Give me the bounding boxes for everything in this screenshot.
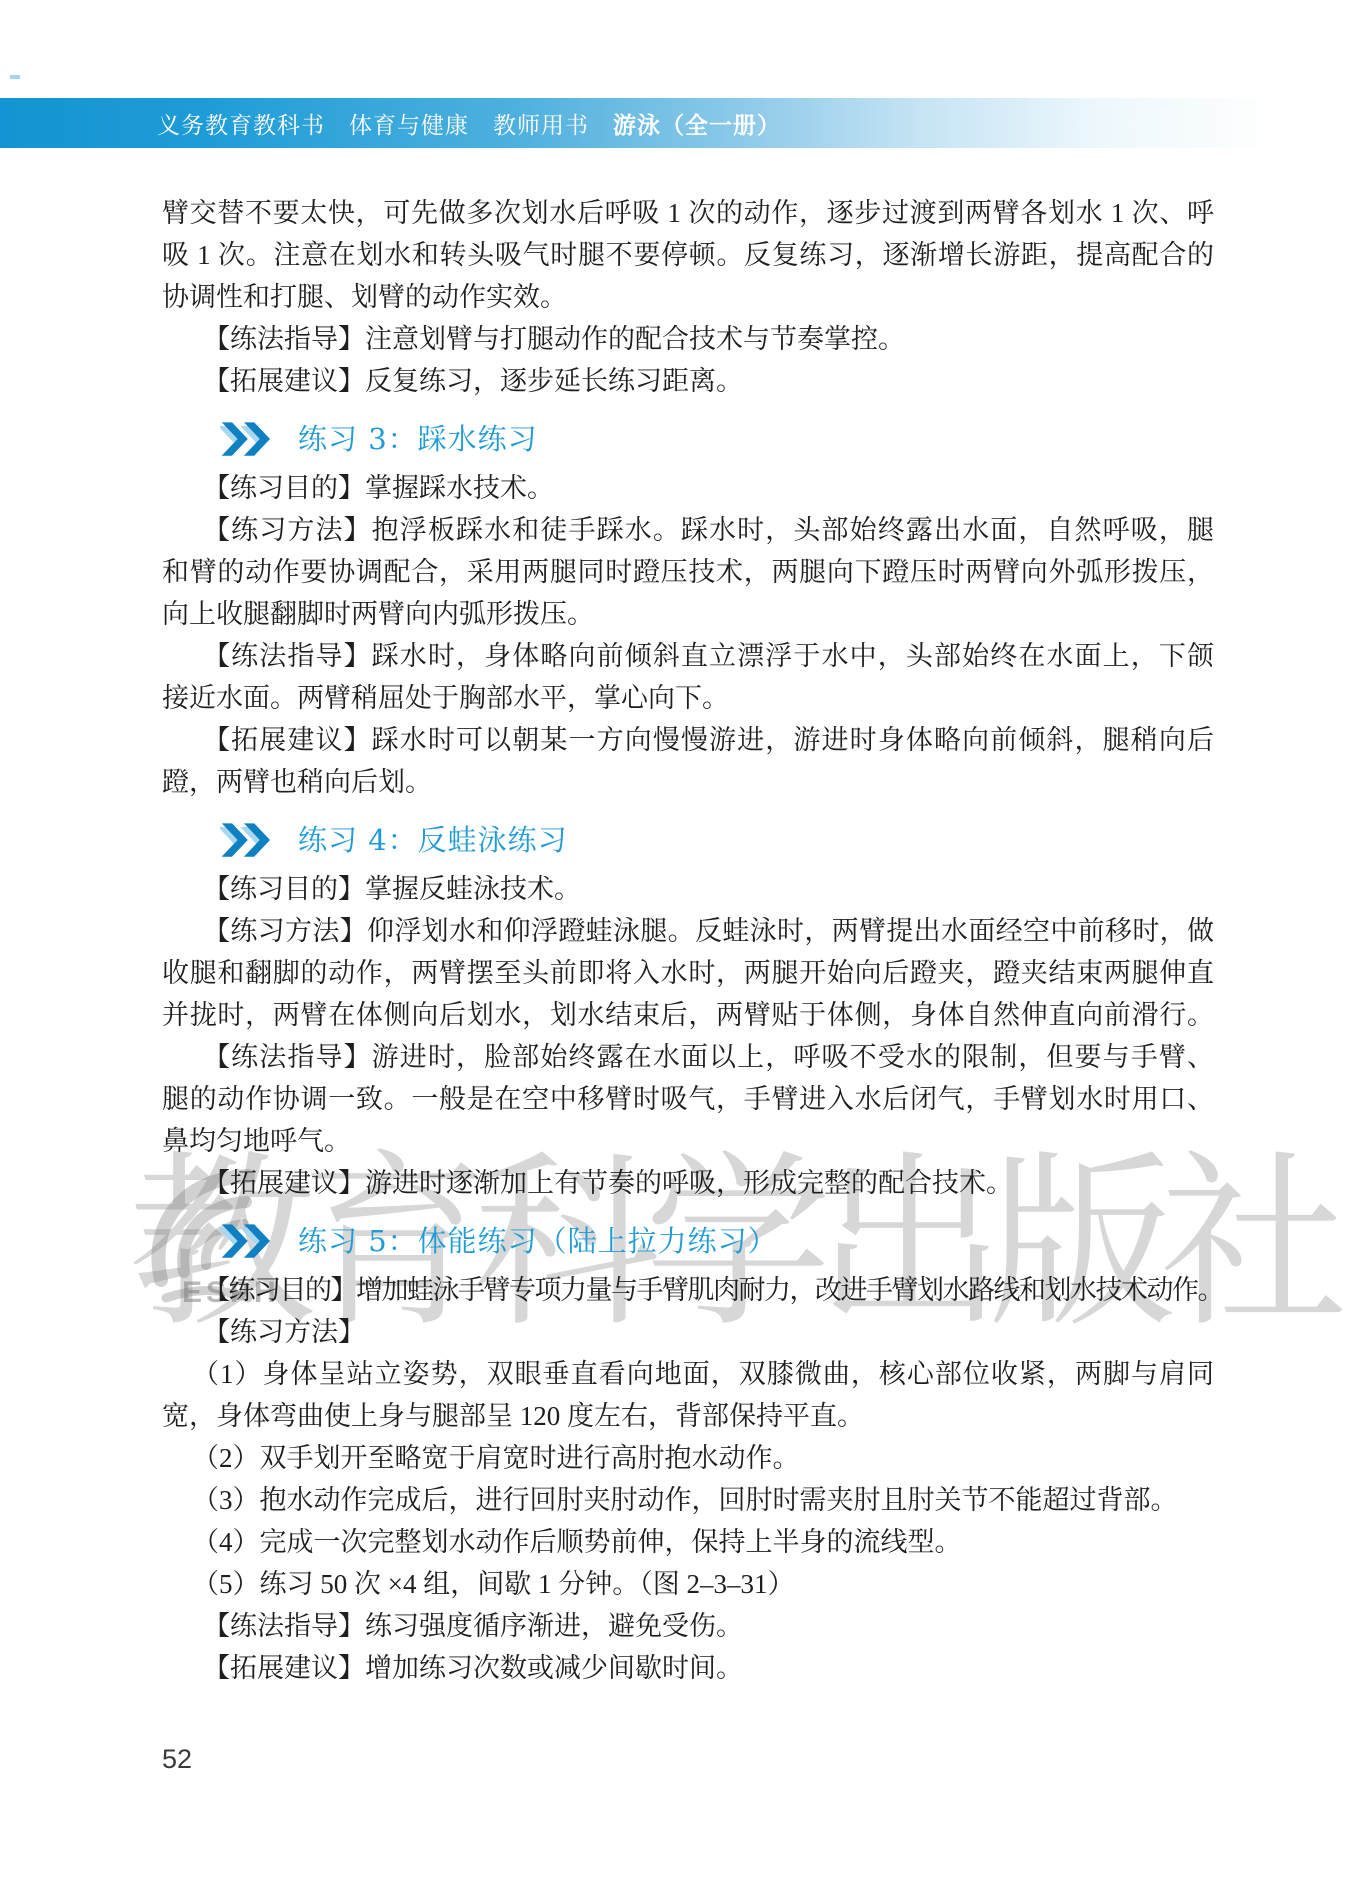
- exercise-heading: 练习 3：踩水练习: [162, 414, 1214, 464]
- exercise-heading-text: 练习 5：体能练习（陆上拉力练习）: [298, 1220, 778, 1262]
- text-line: 腿的动作协调一致。一般是在空中移臂时吸气，手臂进入水后闭气，手臂划水时用口、: [162, 1078, 1214, 1120]
- text-line: 【练法指导】踩水时，身体略向前倾斜直立漂浮于水中，头部始终在水面上，下颌: [162, 635, 1214, 677]
- text-line: 【练习目的】掌握反蛙泳技术。: [162, 868, 1214, 910]
- text-line: 【练习方法】: [162, 1311, 1214, 1353]
- text-line: 【拓展建议】游进时逐渐加上有节奏的呼吸，形成完整的配合技术。: [162, 1162, 1214, 1204]
- text-line: 【练习方法】仰浮划水和仰浮蹬蛙泳腿。反蛙泳时，两臂提出水面经空中前移时，做: [162, 910, 1214, 952]
- text-line: 向上收腿翻脚时两臂向内弧形拨压。: [162, 593, 1214, 635]
- text-line: 【练法指导】游进时，脸部始终露在水面以上，呼吸不受水的限制，但要与手臂、: [162, 1036, 1214, 1078]
- chevron-double-icon: [220, 422, 270, 456]
- page-number: 52: [162, 1744, 192, 1775]
- text-line: 收腿和翻脚的动作，两臂摆至头前即将入水时，两腿开始向后蹬夹，蹬夹结束两腿伸直: [162, 952, 1214, 994]
- text-line: （1）身体呈站立姿势，双眼垂直看向地面，双膝微曲，核心部位收紧，两脚与肩同: [162, 1353, 1214, 1395]
- text-line: 【练习目的】掌握踩水技术。: [162, 467, 1214, 509]
- header-book-title: 游泳（全一册）: [613, 107, 781, 140]
- header-series-title: 义务教育教科书 体育与健康 教师用书: [157, 107, 613, 140]
- chevron-double-icon: [220, 1224, 270, 1258]
- text-line: 和臂的动作要协调配合，采用两腿同时蹬压技术，两腿向下蹬压时两臂向外弧形拨压，: [162, 551, 1214, 593]
- text-line: 吸 1 次。注意在划水和转头吸气时腿不要停顿。反复练习，逐渐增长游距，提高配合的: [162, 234, 1214, 276]
- exercise-heading-text: 练习 3：踩水练习: [298, 418, 538, 460]
- text-line: 协调性和打腿、划臂的动作实效。: [162, 276, 1214, 318]
- text-line: 【拓展建议】增加练习次数或减少间歇时间。: [162, 1647, 1214, 1689]
- exercise-heading-text: 练习 4：反蛙泳练习: [298, 819, 568, 861]
- page-body: 臂交替不要太快，可先做多次划水后呼吸 1 次的动作，逐步过渡到两臂各划水 1 次…: [162, 192, 1214, 1689]
- text-line: 【练法指导】注意划臂与打腿动作的配合技术与节奏掌控。: [162, 318, 1214, 360]
- text-line: （4）完成一次完整划水动作后顺势前伸，保持上半身的流线型。: [162, 1521, 1214, 1563]
- text-line: 接近水面。两臂稍屈处于胸部水平，掌心向下。: [162, 677, 1214, 719]
- text-line: 并拢时，两臂在体侧向后划水，划水结束后，两臂贴于体侧，身体自然伸直向前滑行。: [162, 994, 1214, 1036]
- text-line: 【拓展建议】踩水时可以朝某一方向慢慢游进，游进时身体略向前倾斜，腿稍向后: [162, 719, 1214, 761]
- text-line: 鼻均匀地呼气。: [162, 1120, 1214, 1162]
- text-line: （5）练习 50 次 ×4 组，间歇 1 分钟。（图 2–3–31）: [162, 1563, 1214, 1605]
- print-mark: [10, 75, 20, 79]
- header-bar: 义务教育教科书 体育与健康 教师用书 游泳（全一册）: [0, 98, 1346, 148]
- text-line: 臂交替不要太快，可先做多次划水后呼吸 1 次的动作，逐步过渡到两臂各划水 1 次…: [162, 192, 1214, 234]
- exercise-heading: 练习 4：反蛙泳练习: [162, 815, 1214, 865]
- text-line: （2）双手划开至略宽于肩宽时进行高肘抱水动作。: [162, 1437, 1214, 1479]
- text-line: 【练法指导】练习强度循序渐进，避免受伤。: [162, 1605, 1214, 1647]
- text-line: （3）抱水动作完成后，进行回肘夹肘动作，回肘时需夹肘且肘关节不能超过背部。: [162, 1479, 1214, 1521]
- text-line: 【拓展建议】反复练习，逐步延长练习距离。: [162, 360, 1214, 402]
- textbook-page: 义务教育教科书 体育与健康 教师用书 游泳（全一册） 教育科学出版社 ESPH …: [0, 0, 1346, 1885]
- text-line: 【练习方法】抱浮板踩水和徒手踩水。踩水时，头部始终露出水面，自然呼吸，腿: [162, 509, 1214, 551]
- chevron-double-icon: [220, 823, 270, 857]
- text-line: 蹬，两臂也稍向后划。: [162, 761, 1214, 803]
- exercise-heading: 练习 5：体能练习（陆上拉力练习）: [162, 1216, 1214, 1266]
- text-line: 【练习目的】增加蛙泳手臂专项力量与手臂肌肉耐力，改进手臂划水路线和划水技术动作。: [162, 1269, 1214, 1311]
- text-line: 宽，身体弯曲使上身与腿部呈 120 度左右，背部保持平直。: [162, 1395, 1214, 1437]
